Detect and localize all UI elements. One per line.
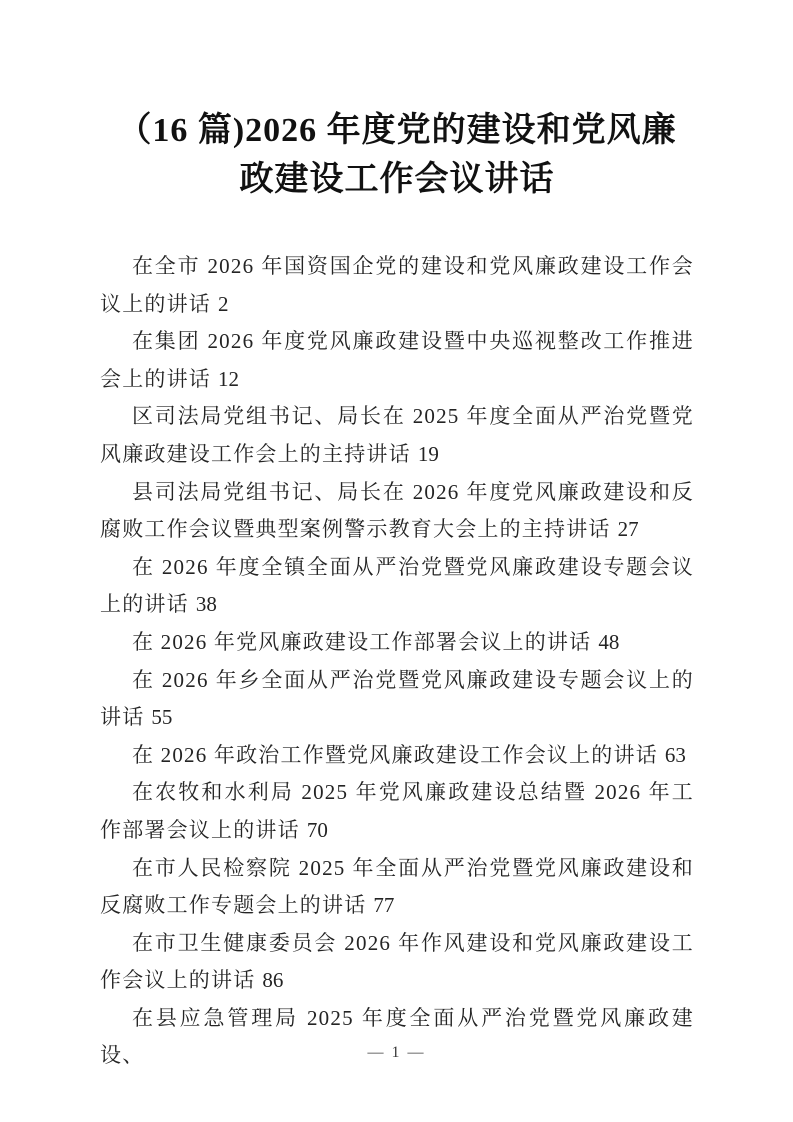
toc-entry-page: 12 <box>218 367 239 391</box>
page-number: — 1 — <box>0 1044 793 1062</box>
toc-entry-title: 在 2026 年乡全面从严治党暨党风廉政建设专题会议上的讲话 <box>100 668 694 730</box>
toc-entry-page: 55 <box>151 705 172 729</box>
toc-entry-page: 2 <box>218 292 229 316</box>
toc-entry-page: 86 <box>262 968 283 992</box>
toc-entry: 在 2026 年党风廉政建设工作部署会议上的讲话48 <box>100 624 694 662</box>
toc-entry-title: 在 2026 年度全镇全面从严治党暨党风廉政建设专题会议上的讲话 <box>100 555 694 617</box>
toc-entry-title: 区司法局党组书记、局长在 2025 年度全面从严治党暨党风廉政建设工作会上的主持… <box>100 404 694 466</box>
toc-entry-title: 在农牧和水利局 2025 年党风廉政建设总结暨 2026 年工作部署会议上的讲话 <box>100 780 694 842</box>
toc-entry-page: 48 <box>598 630 619 654</box>
toc-entry-title: 县司法局党组书记、局长在 2026 年度党风廉政建设和反腐败工作会议暨典型案例警… <box>100 480 694 542</box>
toc-entry-page: 27 <box>618 517 639 541</box>
toc-entry-title: 在市卫生健康委员会 2026 年作风建设和党风廉政建设工作会议上的讲话 <box>100 931 694 993</box>
toc-entry-page: 38 <box>196 592 217 616</box>
toc-entry-page: 63 <box>665 743 686 767</box>
toc-entry-title: 在 2026 年政治工作暨党风廉政建设工作会议上的讲话 <box>132 743 658 767</box>
toc-entry-title: 在全市 2026 年国资国企党的建设和党风廉政建设工作会议上的讲话 <box>100 254 694 316</box>
toc-entry-title: 在市人民检察院 2025 年全面从严治党暨党风廉政建设和反腐败工作专题会上的讲话 <box>100 856 694 918</box>
page-content: （16 篇)2026 年度党的建设和党风廉政建设工作会议讲话 在全市 2026 … <box>0 106 793 1075</box>
toc-entry: 在市人民检察院 2025 年全面从严治党暨党风廉政建设和反腐败工作专题会上的讲话… <box>100 850 694 925</box>
toc-entry: 县司法局党组书记、局长在 2026 年度党风廉政建设和反腐败工作会议暨典型案例警… <box>100 474 694 549</box>
table-of-contents: 在全市 2026 年国资国企党的建设和党风廉政建设工作会议上的讲话2 在集团 2… <box>100 248 694 1075</box>
toc-entry: 在市卫生健康委员会 2026 年作风建设和党风廉政建设工作会议上的讲话86 <box>100 925 694 1000</box>
toc-entry: 在 2026 年度全镇全面从严治党暨党风廉政建设专题会议上的讲话38 <box>100 549 694 624</box>
toc-entry: 在农牧和水利局 2025 年党风廉政建设总结暨 2026 年工作部署会议上的讲话… <box>100 774 694 849</box>
document-title: （16 篇)2026 年度党的建设和党风廉政建设工作会议讲话 <box>100 106 694 204</box>
document-page: （16 篇)2026 年度党的建设和党风廉政建设工作会议讲话 在全市 2026 … <box>0 0 793 1122</box>
toc-entry: 在县应急管理局 2025 年度全面从严治党暨党风廉政建设、 <box>100 1000 694 1075</box>
toc-entry-title: 在 2026 年党风廉政建设工作部署会议上的讲话 <box>132 630 591 654</box>
toc-entry: 在 2026 年乡全面从严治党暨党风廉政建设专题会议上的讲话55 <box>100 662 694 737</box>
toc-entry-page: 77 <box>373 893 394 917</box>
toc-entry: 区司法局党组书记、局长在 2025 年度全面从严治党暨党风廉政建设工作会上的主持… <box>100 398 694 473</box>
toc-entry: 在 2026 年政治工作暨党风廉政建设工作会议上的讲话63 <box>100 737 694 775</box>
toc-entry-title: 在集团 2026 年度党风廉政建设暨中央巡视整改工作推进会上的讲话 <box>100 329 694 391</box>
toc-entry: 在集团 2026 年度党风廉政建设暨中央巡视整改工作推进会上的讲话12 <box>100 323 694 398</box>
toc-entry-page: 70 <box>307 818 328 842</box>
toc-entry-page: 19 <box>418 442 439 466</box>
toc-entry: 在全市 2026 年国资国企党的建设和党风廉政建设工作会议上的讲话2 <box>100 248 694 323</box>
